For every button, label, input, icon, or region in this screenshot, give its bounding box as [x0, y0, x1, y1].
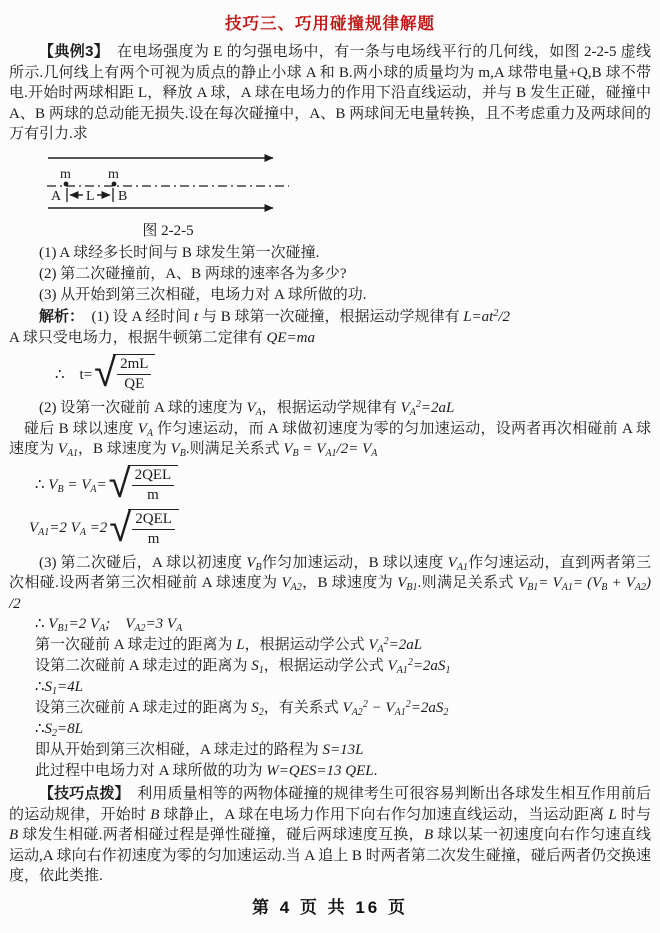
fraction-denominator: QE	[117, 375, 151, 393]
radicand: 2QEL m	[128, 465, 179, 504]
solution-intro-line: 解析： (1) 设 A 经时间 t 与 B 球第一次碰撞，根据运动学规律有 L=…	[9, 306, 651, 328]
solution-step: 设第三次碰前 A 球走过的距离为 S2，有关系式 VA22 − VA12=2aS…	[35, 698, 651, 719]
radicand: 2QEL m	[128, 509, 179, 548]
physics-figure: m m A B L 图 2-2-5	[43, 150, 293, 241]
question-item-2: (2) 第二次碰撞前，A、B 两球的速率各为多少?	[9, 264, 651, 285]
solution-newton-line: A 球只受电场力，根据牛顿第二定律有 QE=ma	[9, 328, 651, 349]
tips-paragraph: 【技巧点拨】 利用质量相等的两物体碰撞的规律考生可很容易判断出各球发生相互作用前…	[9, 784, 651, 887]
document-page: 技巧三、巧用碰撞规律解题 【典例3】 在电场强度为 E 的匀强电场中，有一条与电…	[0, 0, 660, 933]
ball-b-dot	[112, 181, 117, 186]
fraction: 2QEL m	[132, 511, 175, 548]
formula-time: ∴ t= √ 2mL QE	[55, 354, 651, 393]
page-title: 技巧三、巧用碰撞规律解题	[9, 10, 651, 34]
figure-caption: 图 2-2-5	[43, 221, 293, 241]
sqrt-radical: √ 2mL QE	[94, 354, 155, 393]
problem-intro-paragraph: 【典例3】 在电场强度为 E 的匀强电场中，有一条与电场线平行的几何线，如图 2…	[9, 42, 651, 145]
fraction-denominator: m	[132, 486, 175, 504]
formula-time-prefix: ∴ t=	[55, 363, 92, 384]
ball-a-label: A	[51, 189, 62, 204]
radicand: 2mL QE	[113, 354, 155, 393]
solution-step: 即从开始到第三次相碰，A 球走过的路程为 S=13L	[35, 740, 651, 761]
solution-step: 第一次碰前 A 球走过的距离为 L，根据运动学公式 VA2=2aL	[35, 635, 651, 656]
physics-figure-svg: m m A B L	[43, 150, 293, 214]
solution-part2-line1: (2) 设第一次碰前 A 球的速度为 VA，根据运动学规律有 VA2=2aL	[9, 398, 651, 419]
fraction: 2QEL m	[132, 467, 175, 504]
fraction-numerator: 2mL	[117, 356, 151, 375]
distance-label: L	[86, 189, 95, 204]
page-footer: 第 4 页 共 16 页	[9, 893, 651, 918]
formula-va1-prefix: VA1=2 VA =2	[29, 520, 107, 537]
fraction-numerator: 2QEL	[132, 467, 175, 486]
question-item-1: (1) A 球经多长时间与 B 球发生第一次碰撞.	[9, 243, 651, 264]
mass-a-label: m	[60, 167, 71, 182]
solution-step: ∴S1=4L	[35, 677, 651, 698]
ball-b-label: B	[118, 189, 127, 204]
formula-vb-prefix: ∴ VB = VA=	[35, 475, 107, 494]
mass-b-label: m	[108, 167, 119, 182]
fraction: 2mL QE	[117, 356, 151, 393]
fraction-numerator: 2QEL	[132, 511, 175, 530]
solution-part2-line2: 碰后 B 球以速度 VA 作匀速运动，而 A 球做初速度为零的匀加速运动，设两者…	[9, 419, 651, 460]
formula-vb: ∴ VB = VA= √ 2QEL m	[35, 465, 651, 504]
sqrt-radical: √ 2QEL m	[109, 509, 179, 548]
solution-part3-paragraph: (3) 第二次碰后，A 球以初速度 VB作匀加速运动，B 球以速度 VA1作匀速…	[9, 553, 651, 615]
question-item-3: (3) 从开始到第三次相碰，电场力对 A 球所做的功.	[9, 285, 651, 306]
solution-step: ∴S2=8L	[35, 719, 651, 740]
ball-a-dot	[64, 181, 69, 186]
fraction-denominator: m	[132, 530, 175, 548]
solution-step: 设第二次碰前 A 球走过的距离为 S1，根据运动学公式 VA12=2aS1	[35, 656, 651, 677]
solution-step: ∴ VB1=2 VA; VA2=3 VA	[35, 614, 651, 635]
sqrt-radical: √ 2QEL m	[109, 465, 179, 504]
solution-step: 此过程中电场力对 A 球所做的功为 W=QES=13 QEL.	[35, 761, 651, 782]
formula-va1: VA1=2 VA =2 √ 2QEL m	[29, 509, 651, 548]
